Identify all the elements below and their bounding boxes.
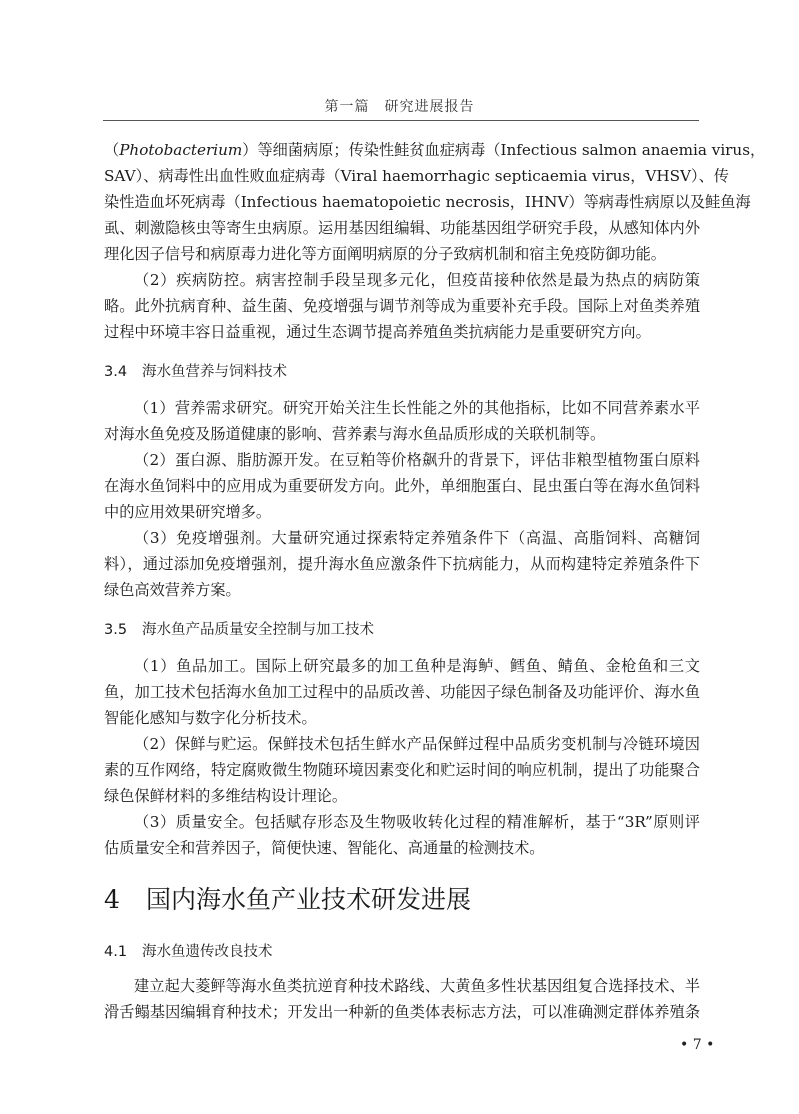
body-line: （3）质量安全。包括赋存形态及生物吸收转化过程的精准解析，基于“3R”原则评 [134,812,700,832]
header-rule [103,120,699,121]
section-heading-4-1: 4.1海水鱼遗传改良技术 [104,940,273,961]
species-name: Photobacterium [119,141,242,159]
body-line: （2）蛋白源、脂肪源开发。在豆粕等价格飙升的背景下，评估非粮型植物蛋白原料 [134,450,700,470]
body-line: 理化因子信号和病原毒力进化等方面阐明病原的分子致病机制和宿主免疫防御功能。 [104,244,700,264]
body-line: SAV）、病毒性出血性败血症病毒（Viral haemorrhagic sept… [104,166,700,186]
body-line: 绿色保鲜材料的多维结构设计理论。 [104,786,700,806]
chapter-heading-4: 4国内海水鱼产业技术研发进展 [104,880,471,916]
body-line: （1）营养需求研究。研究开始关注生长性能之外的其他指标，比如不同营养素水平 [134,398,700,418]
body-line: （2）保鲜与贮运。保鲜技术包括生鲜水产品保鲜过程中品质劣变机制与冷链环境因 [134,734,700,754]
page-number: • 7 • [680,1037,714,1053]
body-line: 对海水鱼免疫及肠道健康的影响、营养素与海水鱼品质形成的关联机制等。 [104,424,700,444]
body-line: 过程中环境丰容日益重视，通过生态调节提高养殖鱼类抗病能力是重要研究方向。 [104,322,700,342]
body-line: 在海水鱼饲料中的应用成为重要研发方向。此外，单细胞蛋白、昆虫蛋白等在海水鱼饲料 [104,476,700,496]
body-line: 虱、刺激隐核虫等寄生虫病原。运用基因组编辑、功能基因组学研究手段，从感知体内外 [104,218,700,238]
body-line: 鱼，加工技术包括海水鱼加工过程中的品质改善、功能因子绿色制备及功能评价、海水鱼 [104,682,700,702]
running-head: 第一篇 研究进展报告 [0,96,799,116]
body-line: 智能化感知与数字化分析技术。 [104,708,700,728]
body-line: （Photobacterium）等细菌病原；传染性鲑贫血症病毒（Infectio… [104,140,700,160]
body-line: 素的互作网络，特定腐败微生物随环境因素变化和贮运时间的响应机制，提出了功能聚合 [104,760,700,780]
body-line: （2）疾病防控。病害控制手段呈现多元化，但疫苗接种依然是最为热点的病防策 [134,270,700,290]
section-heading-3-5: 3.5海水鱼产品质量安全控制与加工技术 [104,618,374,639]
body-line: 建立起大菱鲆等海水鱼类抗逆育种技术路线、大黄鱼多性状基因组复合选择技术、半 [134,976,700,996]
body-line: 估质量安全和营养因子，简便快速、智能化、高通量的检测技术。 [104,838,700,858]
body-line: 绿色高效营养方案。 [104,580,700,600]
body-line: 料），通过添加免疫增强剂，提升海水鱼应激条件下抗病能力，从而构建特定养殖条件下 [104,554,700,574]
body-line: （3）免疫增强剂。大量研究通过探索特定养殖条件下（高温、高脂饲料、高糖饲 [134,528,700,548]
body-line: 略。此外抗病育种、益生菌、免疫增强与调节剂等成为重要补充手段。国际上对鱼类养殖 [104,296,700,316]
body-line: （1）鱼品加工。国际上研究最多的加工鱼种是海鲈、鳕鱼、鲭鱼、金枪鱼和三文 [134,656,700,676]
body-line: 染性造血坏死病毒（Infectious haematopoietic necro… [104,192,700,212]
body-line: 中的应用效果研究增多。 [104,502,700,522]
body-line: 滑舌鳎基因编辑育种技术；开发出一种新的鱼类体表标志方法，可以准确测定群体养殖条 [104,1002,700,1022]
section-heading-3-4: 3.4海水鱼营养与饲料技术 [104,360,287,381]
